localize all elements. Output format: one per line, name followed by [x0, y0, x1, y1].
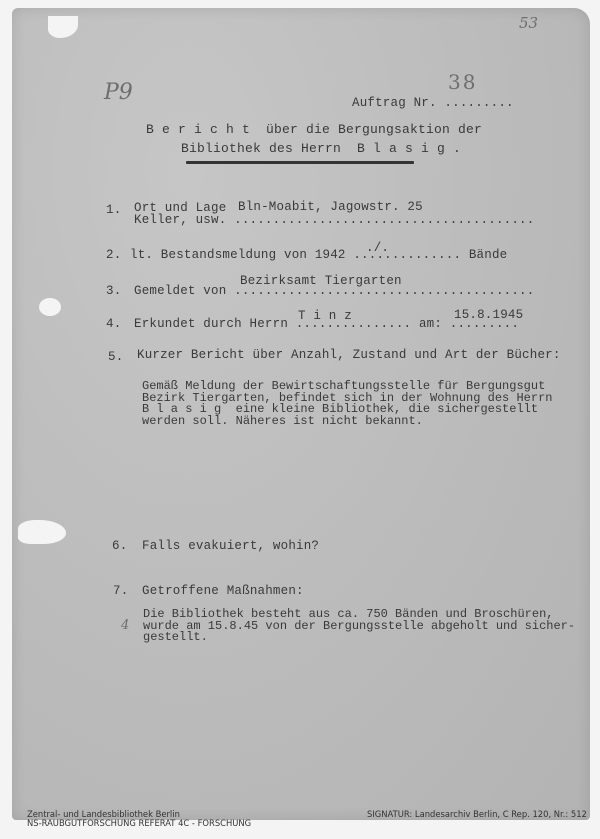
item-2-number: 2. [106, 248, 121, 262]
footer-institution: Zentral- und Landesbibliothek Berlin NS-… [27, 810, 251, 828]
report-title-line2: Bibliothek des Herrn B l a s i g . [181, 141, 461, 156]
item-1-label2: Keller, usw. ...........................… [134, 213, 534, 227]
report-title-line1: B e r i c h t über die Bergungsaktion de… [146, 122, 482, 137]
title-underline [186, 161, 414, 164]
punch-hole-torn [18, 520, 66, 544]
item-5-report-text: Gemäß Meldung der Bewirtschaftungsstelle… [142, 381, 552, 427]
footer-signature: SIGNATUR: Landesarchiv Berlin, C Rep. 12… [367, 810, 587, 819]
item-4-number: 4. [106, 317, 121, 331]
item-1-number: 1. [106, 203, 121, 217]
paper-tear [48, 16, 78, 38]
item-3-number: 3. [106, 284, 121, 298]
item-1-value: Bln-Moabit, Jagowstr. 25 [238, 200, 423, 214]
item-5-label: Kurzer Bericht über Anzahl, Zustand und … [137, 348, 561, 362]
margin-mark: 4 [121, 618, 129, 633]
item-2-value: ./. [366, 241, 389, 255]
order-number-label: Auftrag Nr. ......... [352, 96, 514, 110]
item-3-value: Bezirksamt Tiergarten [240, 274, 402, 288]
item-4-value: T i n z [298, 309, 352, 323]
handwritten-order-number: 38 [448, 70, 477, 94]
item-6-label: Falls evakuiert, wohin? [142, 539, 319, 553]
item-6-number: 6. [112, 539, 127, 553]
punch-hole [39, 298, 61, 316]
item-4-date: 15.8.1945 [454, 308, 523, 322]
item-7-number: 7. [113, 584, 128, 598]
handwritten-page-number: 53 [519, 14, 538, 32]
item-7-measures-text: Die Bibliothek besteht aus ca. 750 Bände… [143, 609, 575, 644]
handwritten-initials: P9 [104, 80, 133, 105]
item-5-number: 5. [108, 350, 123, 364]
item-2-label: lt. Bestandsmeldung von 1942 ...........… [130, 248, 507, 262]
item-7-label: Getroffene Maßnahmen: [142, 584, 304, 598]
footer-line2: NS-RAUBGUTFORSCHUNG REFERAT 4C - FORSCHU… [27, 818, 251, 828]
